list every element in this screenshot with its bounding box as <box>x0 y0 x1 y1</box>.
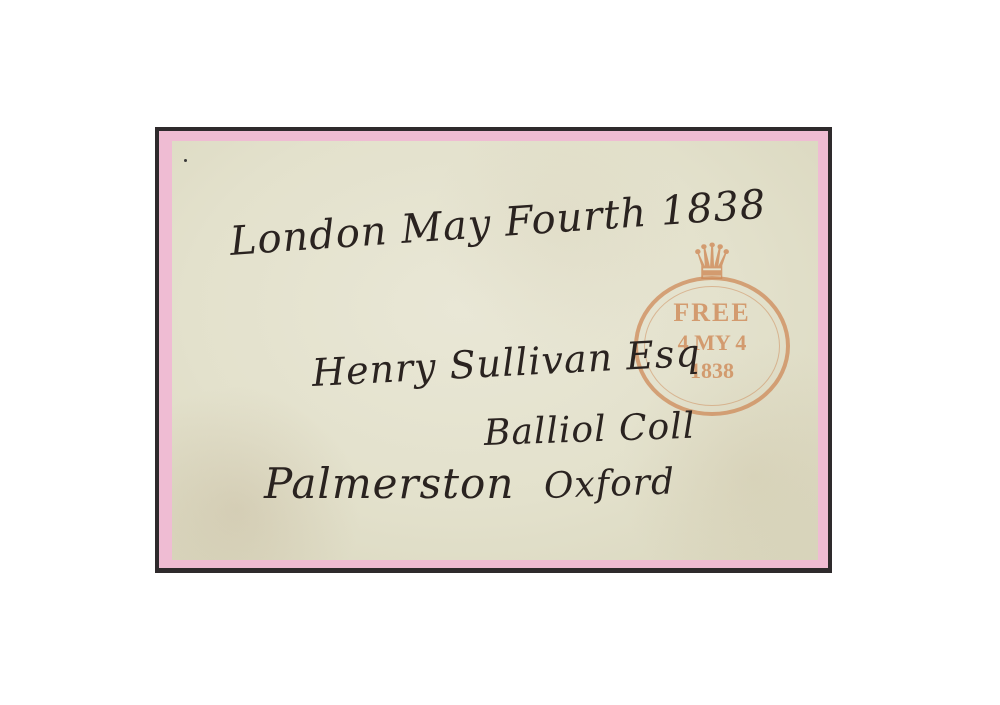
addressee: Henry Sullivan Esq <box>311 331 702 395</box>
ink-spot <box>184 159 187 162</box>
frame: ♛ FREE 4 MY 4 1838 London May Fourth 183… <box>155 127 832 573</box>
address-line-2: Oxford <box>543 461 675 507</box>
address-line-1: Balliol Coll <box>483 406 696 454</box>
postmark-free-text: FREE <box>638 298 786 328</box>
envelope-paper: ♛ FREE 4 MY 4 1838 London May Fourth 183… <box>172 141 818 560</box>
signature: Palmerston <box>264 459 514 508</box>
pink-mat: ♛ FREE 4 MY 4 1838 London May Fourth 183… <box>159 131 828 568</box>
